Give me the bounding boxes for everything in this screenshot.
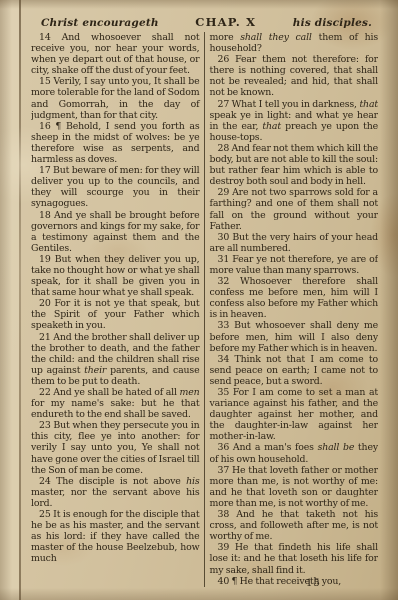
verse-33: 33 But whosoever shall deny me before me… (210, 320, 379, 353)
verse-text: master, nor the servant above his lord. (31, 487, 200, 509)
verse-text: But when they deliver you up, take no th… (31, 254, 200, 298)
verse-text: Think not that I am come to send peace o… (210, 354, 379, 387)
verse-31: 31 Fear ye not therefore, ye are of more… (210, 254, 379, 276)
verse-text-italic: shall be (318, 442, 355, 453)
verse-18: 18 And ye shall be brought before govern… (31, 210, 200, 254)
verse-38: 38 And he that taketh not his cross, and… (210, 509, 379, 542)
verse-text: Fear ye not therefore, ye are of more va… (210, 254, 379, 276)
page-number: 15 (306, 578, 321, 589)
text-columns: 14 And whosoever shall not receive you, … (31, 32, 378, 587)
verse-39: 39 He that findeth his life shall lose i… (210, 542, 379, 575)
verse-number: 36 (218, 442, 233, 453)
book-page: Christ encourageth CHAP. X his disciples… (0, 0, 398, 600)
verse-text: What I tell you in darkness, (232, 99, 360, 110)
verse-35: 35 For I am come to set a man at varianc… (210, 387, 379, 442)
verse-text: But whosoever shall deny me before men, … (210, 320, 379, 353)
chapter-heading: CHAP. X (195, 15, 256, 29)
verse-text: Fear them not therefore: for there is no… (210, 54, 379, 98)
page-edge-strip (0, 0, 19, 600)
verse-text: For it is not ye that speak, but the Spi… (31, 298, 200, 331)
verse-text: But the very hairs of your head are all … (210, 232, 379, 254)
verse-25: 25 It is enough for the disciple that he… (31, 509, 200, 564)
verse-text-italic: men (179, 387, 199, 398)
verse-number: 23 (39, 420, 53, 431)
verse-number: 18 (39, 210, 54, 221)
verse-40: 40 ¶ He that receiveth you, (210, 576, 379, 587)
verse-19: 19 But when they deliver you up, take no… (31, 254, 200, 298)
verse-number: 20 (39, 298, 54, 309)
verse-text: He that receiveth you, (240, 576, 341, 587)
verse-text-italic: their (84, 365, 106, 376)
verse-text: And ye shall be hated of all (53, 387, 179, 398)
verse-15: 15 Verily, I say unto you, It shall be m… (31, 76, 200, 120)
verse-24: 24 The disciple is not above his master,… (31, 476, 200, 509)
verse-28: 28 And fear not them which kill the body… (210, 143, 379, 187)
binding-crease (19, 0, 21, 600)
verse-number: 17 (39, 165, 53, 176)
verse-text: for my name's sake: but he that endureth… (31, 398, 200, 420)
verse-number: 26 (218, 54, 236, 65)
verse-37: 37 He that loveth father or mother more … (210, 465, 379, 509)
verse-number: 38 (218, 509, 237, 520)
verse-continuation: more shall they call them of his househo… (210, 32, 379, 54)
verse-number: 21 (39, 332, 53, 343)
verse-text: But when they persecute you in this city… (31, 420, 200, 475)
verse-number: 29 (218, 187, 233, 198)
verse-text: Verily, I say unto you, It shall be more… (31, 76, 200, 120)
verse-number: 14 (39, 32, 62, 43)
verse-text-italic: that (262, 121, 281, 132)
right-column: more shall they call them of his househo… (204, 32, 379, 587)
verse-text: more (210, 32, 241, 43)
verse-text: And fear not them which kill the body, b… (210, 143, 379, 187)
verse-number: 22 (39, 387, 53, 398)
verse-14: 14 And whosoever shall not receive you, … (31, 32, 200, 76)
verse-text: And ye shall be brought before governors… (31, 210, 200, 254)
verse-number: 25 (39, 509, 53, 520)
verse-text: It is enough for the disciple that he be… (31, 509, 200, 564)
running-head: Christ encourageth CHAP. X his disciples… (31, 15, 378, 29)
verse-text: He that findeth his life shall lose it: … (210, 542, 379, 575)
verse-17: 17 But beware of men: for they will deli… (31, 165, 200, 209)
verse-34: 34 Think not that I am come to send peac… (210, 354, 379, 387)
verse-text: He that loveth father or mother more tha… (210, 465, 379, 509)
running-head-right: his disciples. (293, 17, 372, 29)
verse-30: 30 But the very hairs of your head are a… (210, 232, 379, 254)
verse-23: 23 But when they persecute you in this c… (31, 420, 200, 475)
verse-number: 28 (218, 143, 232, 154)
verse-number: 15 (39, 76, 53, 87)
left-column: 14 And whosoever shall not receive you, … (31, 32, 204, 587)
verse-number: 19 (39, 254, 55, 265)
verse-text: The disciple is not above (56, 476, 186, 487)
verse-36: 36 And a man's foes shall be they of his… (210, 442, 379, 464)
verse-text: For I am come to set a man at variance a… (210, 387, 379, 442)
verse-32: 32 Whosoever therefore shall confess me … (210, 276, 379, 320)
verse-number: 27 (218, 99, 232, 110)
verse-number: 30 (218, 232, 233, 243)
verse-number: 37 (218, 465, 233, 476)
verse-number: 24 (39, 476, 56, 487)
verse-26: 26 Fear them not therefore: for there is… (210, 54, 379, 98)
running-head-left: Christ encourageth (41, 17, 159, 29)
verse-text: And a man's foes (233, 442, 318, 453)
verse-text-italic: that (359, 99, 378, 110)
verse-number: 34 (218, 354, 235, 365)
verse-number: 35 (218, 387, 233, 398)
verse-number: 16 ¶ (39, 121, 66, 132)
verse-21: 21 And the brother shall deliver up the … (31, 332, 200, 387)
verse-number: 40 ¶ (218, 576, 240, 587)
verse-text-italic: shall they call (240, 32, 312, 43)
verse-text: But beware of men: for they will deliver… (31, 165, 200, 209)
verse-number: 31 (218, 254, 233, 265)
verse-16: 16 ¶ Behold, I send you forth as sheep i… (31, 121, 200, 165)
verse-number: 33 (218, 320, 235, 331)
verse-29: 29 Are not two sparrows sold for a farth… (210, 187, 379, 231)
verse-text-italic: his (186, 476, 199, 487)
page-content: Christ encourageth CHAP. X his disciples… (31, 15, 378, 600)
verse-number: 32 (218, 276, 241, 287)
verse-20: 20 For it is not ye that speak, but the … (31, 298, 200, 331)
verse-number: 39 (218, 542, 235, 553)
verse-22: 22 And ye shall be hated of all men for … (31, 387, 200, 420)
verse-text: Are not two sparrows sold for a farthing… (210, 187, 379, 231)
verse-27: 27 What I tell you in darkness, that spe… (210, 99, 379, 143)
